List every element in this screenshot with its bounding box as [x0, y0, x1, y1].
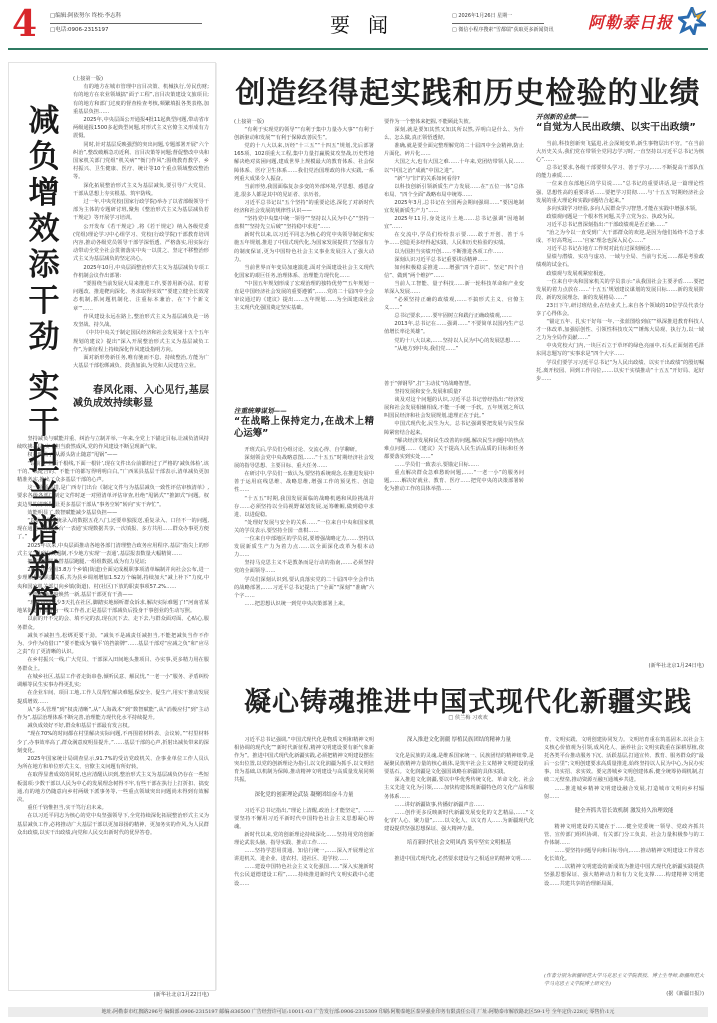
date-line: □ 2026年1月26日 星期一 [452, 11, 580, 22]
main-col-1-bridge [234, 348, 374, 398]
paragraph: “现在每周至少3天扎在社区,脚踏实地倾听群众诉求,解决实际难题了!”河南省某地某… [17, 599, 209, 615]
paragraph: 学员们深刻认识到,要认真落实党的二十届四中全会作出的战略部署,……习近平总书记提… [234, 576, 374, 600]
paragraph: 把数据跑腿代替基层跑腿,一组组数据,成为有力见证; [17, 558, 209, 566]
paragraph: 在城乡社区,基层工作者走街串巷,倾听民意、解民忧,“一老一小”服务、矛盾纠纷调解… [17, 673, 209, 689]
paragraph: 当前,科技创新突飞猛进,社会深刻变革,新生事物层出不穷。“在当前大历史关头,我们… [536, 140, 704, 164]
paragraph: ……学员们一致表示,要锚定目标…… [384, 461, 524, 469]
paragraph: 新时代以来,以习近平同志为核心的党中央领导制定和实施五年规划,推进了中国式现代化… [234, 231, 374, 263]
paragraph: ……创作更多反映新时代新疆发展变化的文艺精品,……“文化‘润’人心、聚力量”,…… [384, 809, 534, 833]
paragraph: 党的十八大以来,……坚持以人民为中心的发展思想…… [384, 337, 524, 345]
paragraph: “十五五”时期,我国发展面临的战略机遇和风险挑战并存……必须坚持以全局视野谋划发… [234, 495, 374, 519]
header-rule [8, 48, 708, 50]
paragraph: “治之为今以一直受到广大干部群众的欢迎,是因为他们始终不急于求成、不好高骛远……… [536, 229, 704, 245]
paragraph: 一位来自中央和国家机关的学员表示:“从我国社会主要矛盾……要把发展的着力点放在…… [536, 278, 704, 302]
paragraph: 当前世界百年变局加速演进,面对全面建设社会主义现代化国家的艰巨任务,治理体系、治… [234, 264, 374, 280]
headline-char: 负 [27, 139, 61, 175]
phone-line: □电话:0906-2315197 [50, 25, 202, 36]
divider [50, 23, 202, 24]
paragraph: 面对新形势新任务,唯有驰而不息、持续整治,方能为广大基层干部松绑减负、鼓劲加油,… [73, 354, 209, 370]
second-col-2: 深入推进文化润疆 厚植民族团结的精神力量 文化是民族的灵魂,是维系国家统一、民族… [384, 736, 534, 1002]
paragraph: 2025年11月,身处这片土地……总书记强调“因地制宜”…… [384, 215, 524, 231]
second-col-3: 育、文明实践、文明创建协同发力。文明培育重在筑基固本,以社会主义核心价值观为引领… [544, 736, 704, 972]
paragraph: 从“多头管理”到“权责清晰”,从“人海战术”到“数智赋能”,从“消极应付”到“主… [17, 706, 209, 722]
article-subhead: 开创新的业绩—— [536, 112, 704, 122]
paragraph: 在研讨中,学员们一致认为,要坚持系统观念,在推进发展中善于运用底线思维、战略思维… [234, 470, 374, 494]
divider [452, 23, 544, 24]
paragraph: 党的十八大以来,历经“十三五”“十四五”规划,先后部署165项、102项重大工程… [234, 142, 374, 182]
paragraph: 文化是民族的灵魂,是维系国家统一、民族团结的精神纽带,是凝聚民族精神力量的核心载… [384, 752, 534, 776]
paragraph: 坚持马克思主义不是教条而是行动的指南,……必须坚持党的全面领导…… [234, 559, 374, 575]
newspaper-brand: 阿勒泰日报 [588, 10, 673, 33]
paragraph: 过一年,中央党校(国家行政学院)举办了以省部级领导干部为主体的专题研讨班,聚焦《… [73, 198, 209, 223]
paragraph: 当前人工智能、量子科技……新一轮科技革命和产业变革深入发展…… [384, 280, 524, 296]
paragraph: 中央党校大门内,一块巨石立于草坪的绿色亮丽中,石头正面刻着毛泽东同志题写的“实事… [536, 342, 704, 358]
star-logo-icon [678, 7, 706, 35]
main-col-1: (上接第一版) “有利于实现党的领导”“有利于集中力量办大事”“有利于创新驱动和… [234, 118, 374, 348]
paragraph: ……把思想认识统一到党中央决策部署上来。 [234, 600, 374, 608]
section-subhead: 深入推进文化润疆 厚植民族团结的精神力量 [384, 736, 534, 744]
left-article: 减 负 增 效 添 干 劲 实 干 担 当 谱 新 篇 (上接第一版) 有的地方… [8, 62, 216, 991]
paragraph: 以科技创新引领新质生产力发展……在“五位一体”总体布局、“四个全面”战略布局中统… [384, 183, 524, 199]
headline-char: 减 [27, 103, 61, 139]
left-article-upper: (上接第一版) 有的地方在城市管理中盲目决策、机械执行,劳民伤财;有的地方在农业… [73, 75, 209, 375]
paragraph: 善于“弹钢琴”,打“主动仗”的战略智慧。 [384, 380, 524, 388]
paragraph: 开班式后,学员们分组讨论、交流心得、自学聊研。 [234, 446, 374, 454]
paragraph: 育、文明实践、文明创建协同发力。文明培育重在筑基固本,以社会主义核心价值观为引领… [544, 736, 704, 785]
paragraph: 2025年,全国3.8万个乡镇(街道)全面完成履职事项清单编制并向社会公布,进一… [17, 566, 209, 591]
paragraph: 一位来自中部地区的学员说,要增强战略定力,……坚持以发展新质生产力为着力点……以… [234, 535, 374, 559]
paragraph: 2025年以来,中央层面推动各地各部门清理整合政务应用程序,基层“指尖上的形式主… [17, 542, 209, 558]
paragraph: 有的地方在城市管理中盲目决策、机械执行,劳民伤财;有的地方在农业领域搞“面子工程… [73, 83, 209, 116]
paragraph: 作风建设永远在路上,整治形式主义为基层减负是一场攻坚战、持久战。 [73, 313, 209, 329]
paragraph: “以前是‘上面千根线,下面一根针’,现在文件出台前都经过了严格的‘减负体检’,该… [17, 460, 209, 485]
paragraph: 重点解决群众急难愁盼问题,……“一老一小”的服务问题,……解决好就业、教育、医疗… [384, 469, 524, 493]
paragraph: “锚定五年、扎实干好每一年,一张蓝图绘到底”“纵深推进教育科技人才一体改革,加强… [536, 318, 704, 342]
paragraph: 习近平总书记曾深刻指出:“干部政绩观是否正确……” [536, 221, 704, 229]
headline-char: 添 [27, 247, 61, 283]
paragraph: 这一项项举措,是广西专门出台《制定文件与为基层减负一致性评估审核清单》,要求各级… [17, 484, 209, 509]
paragraph: 推进中国式现代化,必然要求建设与之相适应的精神文明…… [384, 855, 534, 863]
issue-info: □ 2026年1月26日 星期一 □ 微信小程序搜索“雪都瑞”获取更多新闻资讯 [452, 11, 580, 36]
paragraph: “解决经济发展和民生改善的问题,解决民生问题中的热点难点问题……《建议》关于提高… [384, 437, 524, 461]
continued-note: (上接第一版) [73, 75, 209, 83]
second-col-1: 习近平总书记强调,“中国式现代化是物质文明和精神文明相协调的现代化”“新时代新征… [234, 736, 374, 1002]
paragraph: 坚持发展和安全,发展和质量? [384, 388, 524, 396]
paragraph: 2025年,中央层面公开通报4批11起典型问题,带动省市两级通报1500多起典型… [73, 116, 209, 141]
paragraph: 显绩与潜绩、实功与虚功、一域与全局、当前与长远……都是考验政绩观的试金石。 [536, 253, 704, 269]
paragraph: 谈及对这个问题的认识,习近平总书记曾经指出:“经济发展和社会发展相辅相成,不能一… [384, 396, 524, 420]
paragraph: 2013年,总书记在……强调……“不要简单以国内生产总值增长率论英雄”。 [384, 320, 524, 336]
paragraph: “坚持党中央集中统一领导”“坚持以人民为中心”“坚持一盘棋”“坚持先立后破”“坚… [234, 215, 374, 231]
paragraph: 如何积极稳妥推进……增强“四个意识”、坚定“四个自信”、做到“两个维护”…… [384, 264, 524, 280]
paragraph: 权责明确了,从源头防止随意“甩锅”—— [17, 451, 209, 459]
paragraph: 深化拓展整治形式主义为基层减负,要引导广大党员、干部从思想上夯实根基、筑牢防线。 [73, 182, 209, 198]
headline-char: 干 [27, 283, 61, 319]
paragraph: 减负不减担当,松绑更要干劲。“减负不是减责任减担当,不能把减负当作不作为、少作为… [17, 632, 209, 657]
paragraph: ……建设中国特色社会主义文化强国……“深入实施新时代公民道德建设工程”,……持续… [234, 863, 374, 887]
paragraph: 2025年3月,总书记在全国两会期间强调……“要因地制宜发展新质生产力”…… [384, 199, 524, 215]
headline-char: 实 [27, 369, 61, 405]
paragraph: 在乡村振兴一线,广大党员、干部深入田间地头推项目、办实事,更多精力用在服务群众上… [17, 656, 209, 672]
paragraph: 习近平总书记指出,“理论上清醒,政治上才能坚定”。……要坚持不懈用习近平新时代中… [234, 807, 374, 831]
paragraph: ……坚持学思用贯通、知信行统一,……深入开展理论宣讲进机关、进企业、进农村、进社… [234, 847, 374, 863]
paragraph: 在取得显著成效的同时,也应清醒认识到,整治形式主义为基层减负仍存在一些短板弱项:… [17, 771, 209, 804]
section-subhead: 培育新时代社会文明风尚 筑牢坚实文明根基 [384, 839, 534, 847]
editor-line: □编辑:阿依努尔 终校:李志科 [50, 11, 202, 22]
paragraph: 深刻领会党中央战略意图,……“十五五”时期经济社会发展的指导思想、主要目标、重大… [234, 454, 374, 470]
paragraph: 在以习近平同志为核心的党中央坚强领导下,全党持续深化拓展整治形式主义为基层减负工… [17, 812, 209, 837]
paragraph: 学员们要学习习近平总书记“为人民出政绩、以实干出政绩”的殷切嘱托,离开校园、回到… [536, 359, 704, 383]
paragraph: 习近平总书记在地方工作时对此有过深刻阐述…… [536, 245, 704, 253]
paragraph: 在交流中,学员们纷纷表示要……敢于开创、善于斗争……创造更多经得起实践、人民和历… [384, 231, 524, 247]
paragraph: “以前各类系统录入的数据五花八门,还要单独报送,重复录入、口径不一的问题,现在通… [17, 517, 209, 542]
paragraph: 效能明显了,数智赋能减少基层负担—— [17, 509, 209, 517]
editor-info: □编辑:阿依努尔 终校:李志科 □电话:0906-2315197 [50, 11, 202, 36]
paragraph: ……要坚持问题导向和目标导向,……推动精神文明建设工作常态化长效化。 [544, 847, 704, 863]
paragraph: 23日下午,研讨班结业,在结业式上,来自各个领域的10位学员代表分享了心得体会。 [536, 302, 704, 318]
headline-char: 劲 [27, 319, 61, 355]
paragraph: 一位来自东部地区的学员说……“总书记的重要讲话,是一篇理论性强、思想性高的重要讲… [536, 180, 704, 204]
main-col-2b: 善于“弹钢琴”,打“主动仗”的战略智慧。 坚持发展和安全,发展和质量? 谈及对这… [384, 380, 524, 668]
paragraph: 同时,针对基层反映强烈的突出问题,专题部署开展“六个纠治”,整改破解急功近利、盲… [73, 141, 209, 182]
paragraph: 公开发布《若干规定》,将《若干规定》纳入各级党委(党组)理论学习中心组学习、党校… [73, 223, 209, 264]
paragraph: 深刻认识习近平总书记重要讲话精神…… [384, 256, 524, 264]
paragraph: ……以精神文明建设的新成效为推进中国式现代化新疆实践提供坚强思想保证、强大精神动… [544, 863, 704, 887]
paragraph: 深刻,就是要知其然又知其所以然,弄明白是什么、为什么、怎么做,真正领悟透彻。 [384, 126, 524, 142]
paragraph: 减负成效好不好,群众和基层干部最有发言权。 [17, 722, 209, 730]
paragraph: “中国五年规划形成了宏观治理的独特优势”“五年规划一直是中国经济社会发展的重要遵… [234, 280, 374, 312]
paragraph: 政绩观与发展观紧密相连。 [536, 270, 704, 278]
paragraph: “从地方到中央,我们党……” [384, 345, 524, 353]
section-subhead: 健全齐抓共管长效机制 激发持久治理效能 [544, 807, 704, 815]
paragraph: “处理好发展与安全的关系……”一位来自中央和国家机关的学员表示,要坚持全国一盘棋… [234, 519, 374, 535]
paragraph: 要作为一个整体来把握,不能顾此失彼。 [384, 118, 524, 126]
paragraph: ……讲好新疆故事,传播好新疆声音…… [384, 801, 534, 809]
source-note: (据《新疆日报》) [544, 990, 704, 998]
paragraph: “有利于实现党的领导”“有利于集中力量办大事”“有利于创新驱动和发展”“有利于保… [234, 126, 374, 142]
paragraph: 大国之大,也有大国之难……十年来,党团结带领人民……以“中国之治”成就“中国之进… [384, 158, 524, 174]
paragraph: “现在70%的时间都在村里解决实际问题,不再围着材料表、会议转。”“村里材料少了… [17, 730, 209, 755]
paragraph: 重任千钧惟担当,实干笃行启未来。 [17, 804, 209, 812]
paragraph: 新时代以来,党的创新理论持续深化……坚持用党的创新理论武装头脑、指导实践、推动工… [234, 831, 374, 847]
paragraph: 政绩观问题是一个根本性问题,关乎立党为公、执政为民。 [536, 213, 704, 221]
section-title: 要闻 [330, 9, 406, 38]
main-col-2: 要作为一个整体来把握,不能顾此失彼。 深刻,就是要知其然又知其所以然,弄明白是什… [384, 118, 524, 373]
byline: □ 侯兰梅 习欢欢 [228, 714, 708, 721]
paragraph: 2025年10月,中央层面整治形式主义为基层减负专项工作机制会议作出部署: [73, 264, 209, 280]
page-number: 4 [12, 6, 37, 42]
paragraph: 习近平总书记强调,“中国式现代化是物质文明和精神文明相协调的现代化”“新时代新征… [234, 736, 374, 785]
article-subhead-quote: “自觉为人民出政绩、以实干出政绩” [536, 122, 704, 134]
wechat-line: □ 微信小程序搜索“雪都瑞”获取更多新闻资讯 [452, 25, 580, 36]
paragraph: ……推进城乡精神文明建设融合发展,打造城市文明向乡村辐射…… [544, 785, 704, 801]
paragraph: 习近平总书记以“五个坚持”的重要论述,深化了对新时代经济和社会发展的规律性认识—… [234, 199, 374, 215]
dateline: (新华社北京1月24日电) [536, 662, 704, 670]
paragraph: 总书记要求,……要牢固树立和践行正确政绩观,…… [384, 312, 524, 320]
paragraph: 总书记要求,各级干部要带头学习、善于学习,……不断提高干部队伍的能力素质…… [536, 164, 704, 180]
paragraph: 当前形势,我国面临复杂多变的外部环境,学思想、感恩奋进,很多人都是其中的见证者、… [234, 183, 374, 199]
paragraph: 准确,就是要全面完整理解党的二十届四中全会精神,防止片面化、碎片化…… [384, 142, 524, 158]
author-note: (作者分别为新疆师范大学马克思主义学院教授、博士生导师,新疆师范大学马克思主义学… [544, 972, 704, 988]
paragraph: 中国式现代化,民生为大。总书记强调要把发展与民生保障紧密结合起来。 [384, 420, 524, 436]
paragraph: 精神文明建设的关键在于……健全党委统一领导、党政齐抓共管、宣传部门组织协调、有关… [544, 823, 704, 847]
paragraph: 坚持减负与赋能并重、纠治与立制并举,一年来,全党上下锚定目标,让减负清风持续吹拂… [17, 435, 209, 451]
paragraph: 以前的开不完的会、填不完的表,现在沉下去、走下去,与群众面对面、心贴心,服务群众… [17, 615, 209, 631]
article-subhead: 注重统筹谋划—— [234, 406, 374, 416]
paragraph: “新”与“旧”的关系如何看待? [384, 175, 524, 183]
paragraph: 2025年国家统计局调查显示,91.7%的受访党政机关、企事业单位工作人员认为所… [17, 755, 209, 771]
section-subhead: 深化党的创新理论武装 凝聚团结奋斗力量 [234, 791, 374, 799]
continued-note: (上接第一版) [234, 118, 374, 126]
main-col-1b: 注重统筹谋划—— “在战略上保持定力,在战术上精心运筹” 开班式后,学员们分组讨… [234, 400, 374, 668]
masthead: 4 □编辑:阿依努尔 终校:李志科 □电话:0906-2315197 要闻 □ … [0, 0, 717, 48]
headline-char: 增 [27, 175, 61, 211]
paragraph: 干部精神面貌焕然一新,基层干部更有干劲—— [17, 591, 209, 599]
headline-char: 效 [27, 211, 61, 247]
left-article-lower: 坚持减负与赋能并重、纠治与立制并举,一年来,全党上下锚定目标,让减负清风持续吹拂… [17, 435, 209, 985]
dateline: (新华社北京1月22日电) [17, 991, 209, 999]
paragraph: 以为国担当实绩开创……不断推进各项工作…… [384, 248, 524, 256]
page-footer: 地址:阿勒泰市红旗路296号 编辑部:0906-2315197 邮编:83650… [8, 1007, 708, 1017]
section-subhead: 春风化雨、入心见行,基层减负成效持续彰显 [73, 384, 209, 410]
main-col-3: 开创新的业绩—— “自觉为人民出政绩、以实干出政绩” 当前,科技创新突飞猛进,社… [536, 106, 704, 658]
paragraph: “必须坚持正确的政绩观,……不搞形式主义、官僚主义……” [384, 296, 524, 312]
paragraph: “要围绕当前发展大局来推进工作,要善用新办法、盯着问题改、推进靶向深化、务求取得… [73, 280, 209, 313]
paragraph: 多向实践学习经验,多向人民群众学习智慧,才能在实践中增强本领。 [536, 205, 704, 213]
article-subhead-quote: “在战略上保持定力,在战术上精心运筹” [234, 416, 374, 440]
paragraph: 在企业车间、项目工地,工作人员帮忙解决难题,保安全、促生产,用实干推动发展提质增… [17, 689, 209, 705]
paragraph: 《中共中央关于制定国民经济和社会发展第十五个五年规划的建议》提出“深入开展整治形… [73, 329, 209, 354]
paragraph: 深入推进文化润疆,要以中华优秀传统文化、革命文化、社会主义先进文化为引领,……加… [384, 776, 534, 800]
